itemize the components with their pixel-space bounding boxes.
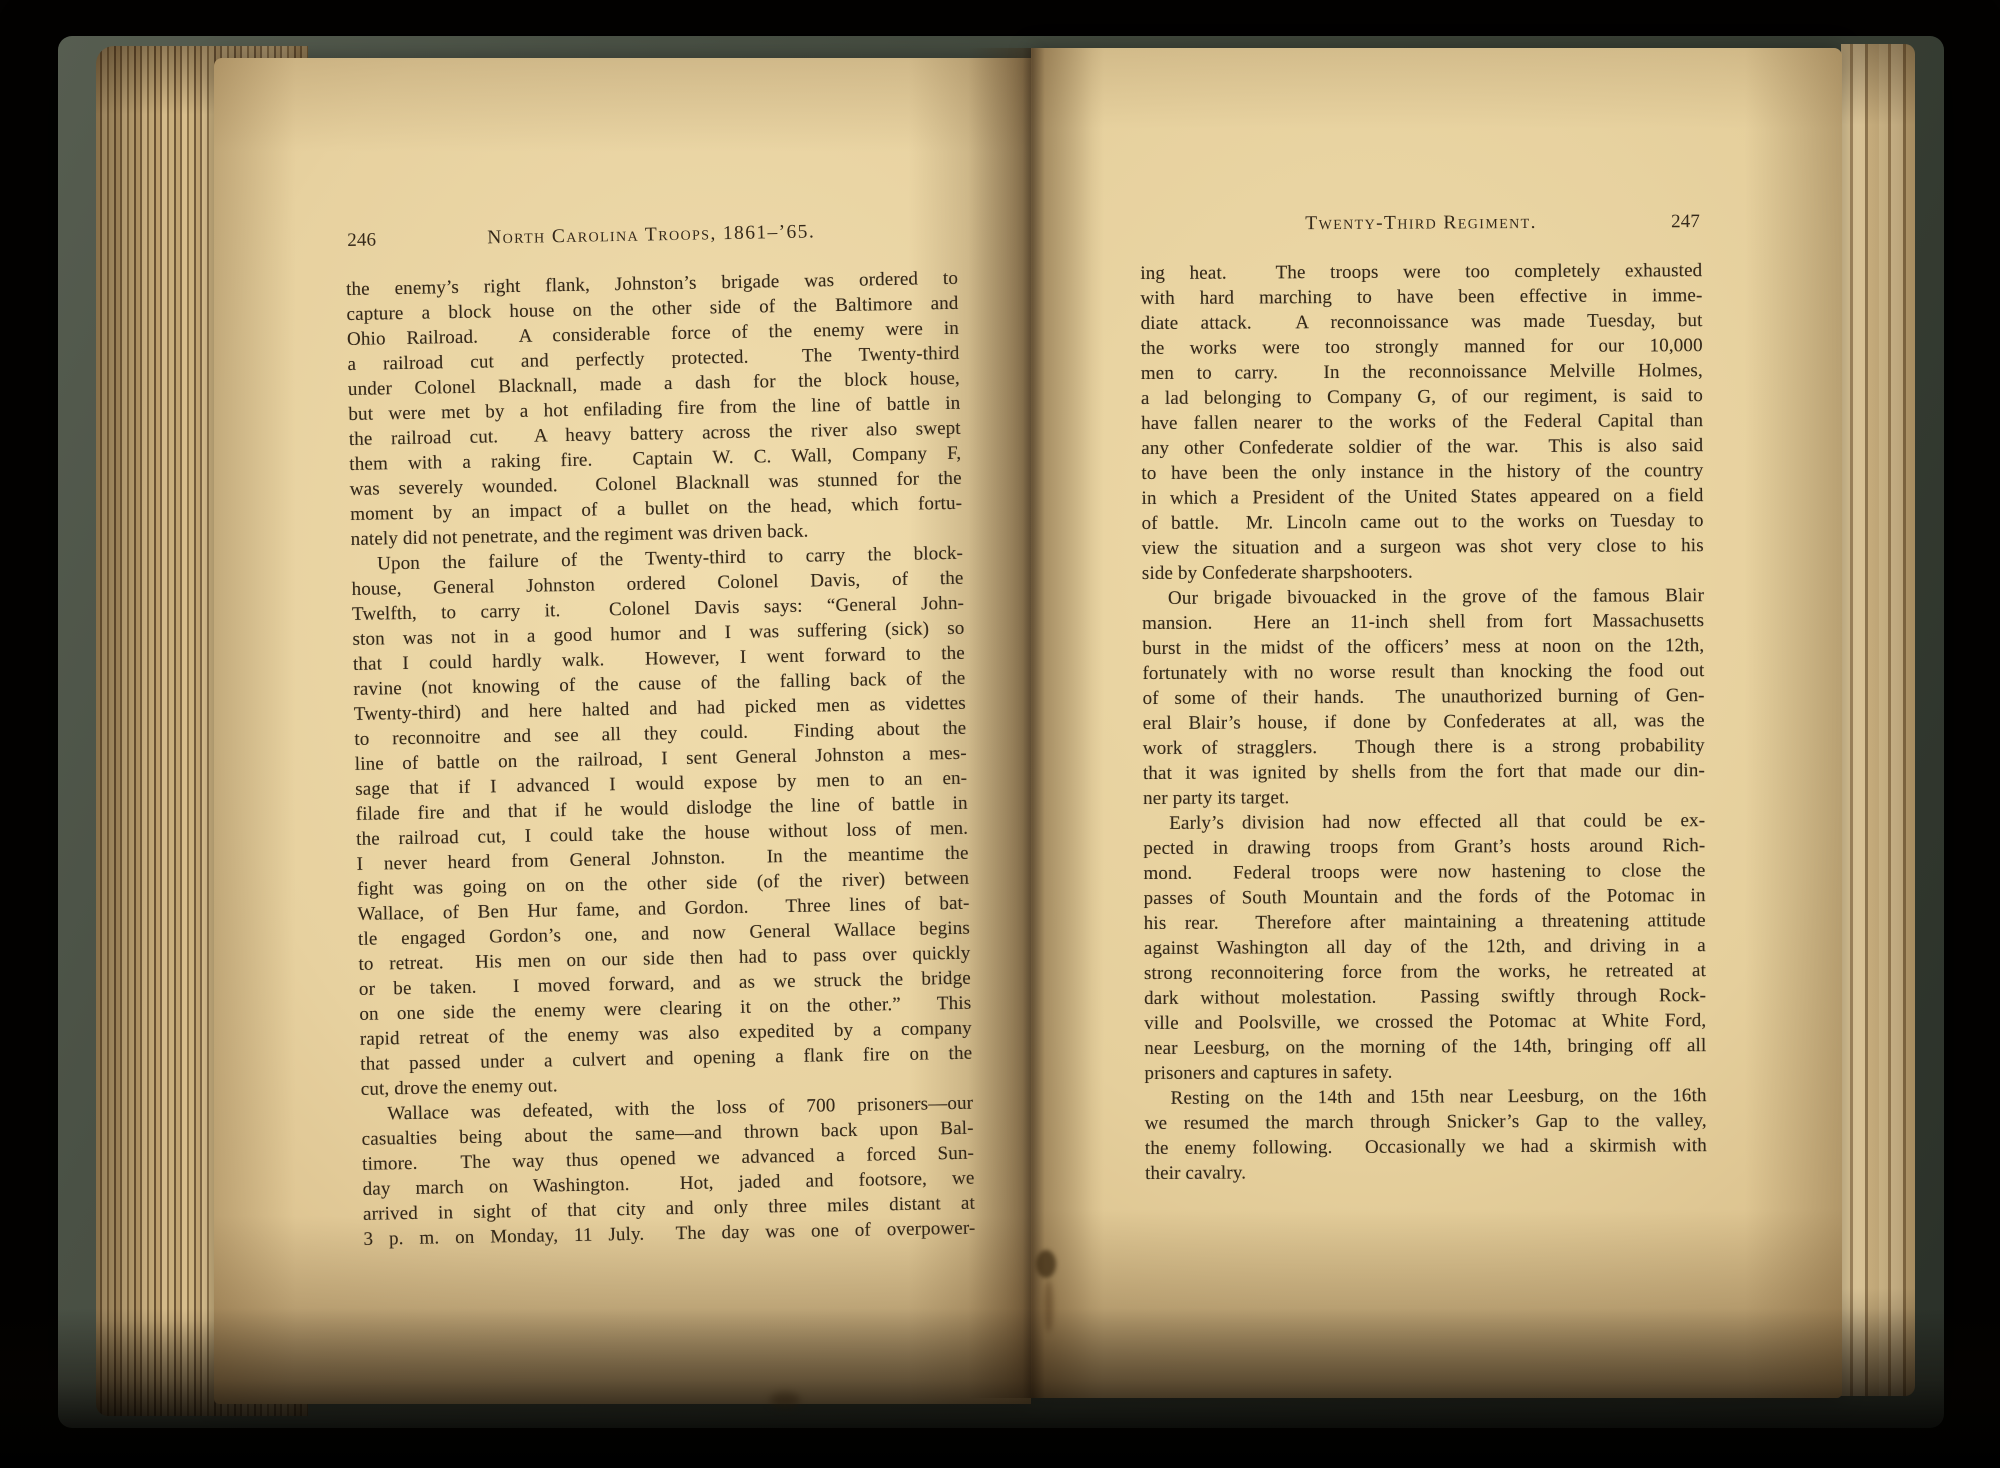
text-line: mansion. Here an 11-inch shell from fort… [1142,608,1704,636]
right-page-text: ing heat. The troops were too completely… [1140,258,1707,1186]
left-page-content: 246 North Carolina Troops, 1861–’65. the… [345,217,976,1252]
left-page-number: 246 [347,227,376,253]
text-line: Resting on the 14th and 15th near Leesbu… [1145,1083,1707,1111]
text-line: we resumed the march through Snicker’s G… [1145,1108,1707,1136]
text-line: a lad belonging to Company G, of our reg… [1141,383,1703,411]
text-line: pected in drawing troops from Grant’s ho… [1143,833,1705,861]
right-running-title: Twenty-Third Regiment. [1140,209,1702,237]
paragraph: Early’s division had now effected all th… [1143,808,1706,1086]
text-line: dark without molestation. Passing swiftl… [1144,983,1706,1011]
text-line: against Washington all day of the 12th, … [1144,933,1706,961]
text-line: ing heat. The troops were too completely… [1140,258,1702,286]
text-line: Our brigade bivouacked in the grove of t… [1142,583,1704,611]
text-line: of some of their hands. The unauthorized… [1142,683,1704,711]
text-line: view the situation and a surgeon was sho… [1142,533,1704,561]
paragraph: Resting on the 14th and 15th near Leesbu… [1145,1083,1708,1186]
right-page-number: 247 [1671,209,1700,234]
text-line: the works were too strongly manned for o… [1141,333,1703,361]
paragraph: ing heat. The troops were too completely… [1140,258,1704,586]
paragraph: Upon the failure of the Twenty-third to … [351,541,973,1102]
text-line: have fallen nearer to the works of the F… [1141,408,1703,436]
text-line: prisoners and captures in safety. [1144,1058,1706,1086]
text-line: eral Blair’s house, if done by Confedera… [1143,708,1705,736]
text-line: ner party its target. [1143,783,1705,811]
text-line: men to carry. In the reconnoissance Melv… [1141,358,1703,386]
text-line: to have been the only instance in the hi… [1141,458,1703,486]
text-line: of battle. Mr. Lincoln came out to the w… [1142,508,1704,536]
right-page-edge-stack [1841,44,1915,1396]
text-line: near Leesburg, on the morning of the 14t… [1144,1033,1706,1061]
right-page-header: Twenty-Third Regiment. 247 [1140,209,1702,237]
text-line: in which a President of the United State… [1141,483,1703,511]
text-line: ville and Poolsville, we crossed the Pot… [1144,1008,1706,1036]
text-line: that it was ignited by shells from the f… [1143,758,1705,786]
text-line: work of stragglers. Though there is a st… [1143,733,1705,761]
text-line: diate attack. A reconnoissance was made … [1141,308,1703,336]
left-page-text: the enemy’s right flank, Johnston’s brig… [346,266,976,1252]
text-line: the enemy following. Occasionally we had… [1145,1133,1707,1161]
paragraph: Our brigade bivouacked in the grove of t… [1142,583,1705,811]
text-line: fortunately with no worse result than kn… [1142,658,1704,686]
paragraph: Wallace was defeated, with the loss of 7… [361,1091,976,1252]
text-line: mond. Federal troops were now hastening … [1143,858,1705,886]
text-line: strong reconnoitering force from the wor… [1144,958,1706,986]
text-line: side by Confederate sharpshooters. [1142,558,1704,586]
text-line: his rear. Therefore after maintaining a … [1144,908,1706,936]
open-book-photo: 246 North Carolina Troops, 1861–’65. the… [0,0,2000,1468]
text-line: Early’s division had now effected all th… [1143,808,1705,836]
text-line: burst in the midst of the officers’ mess… [1142,633,1704,661]
text-line: any other Confederate soldier of the war… [1141,433,1703,461]
paragraph: the enemy’s right flank, Johnston’s brig… [346,266,963,552]
text-line: with hard marching to have been effectiv… [1140,283,1702,311]
text-line: passes of South Mountain and the fords o… [1144,883,1706,911]
right-page-content: Twenty-Third Regiment. 247 ing heat. The… [1140,209,1707,1186]
text-line: their cavalry. [1145,1158,1707,1186]
